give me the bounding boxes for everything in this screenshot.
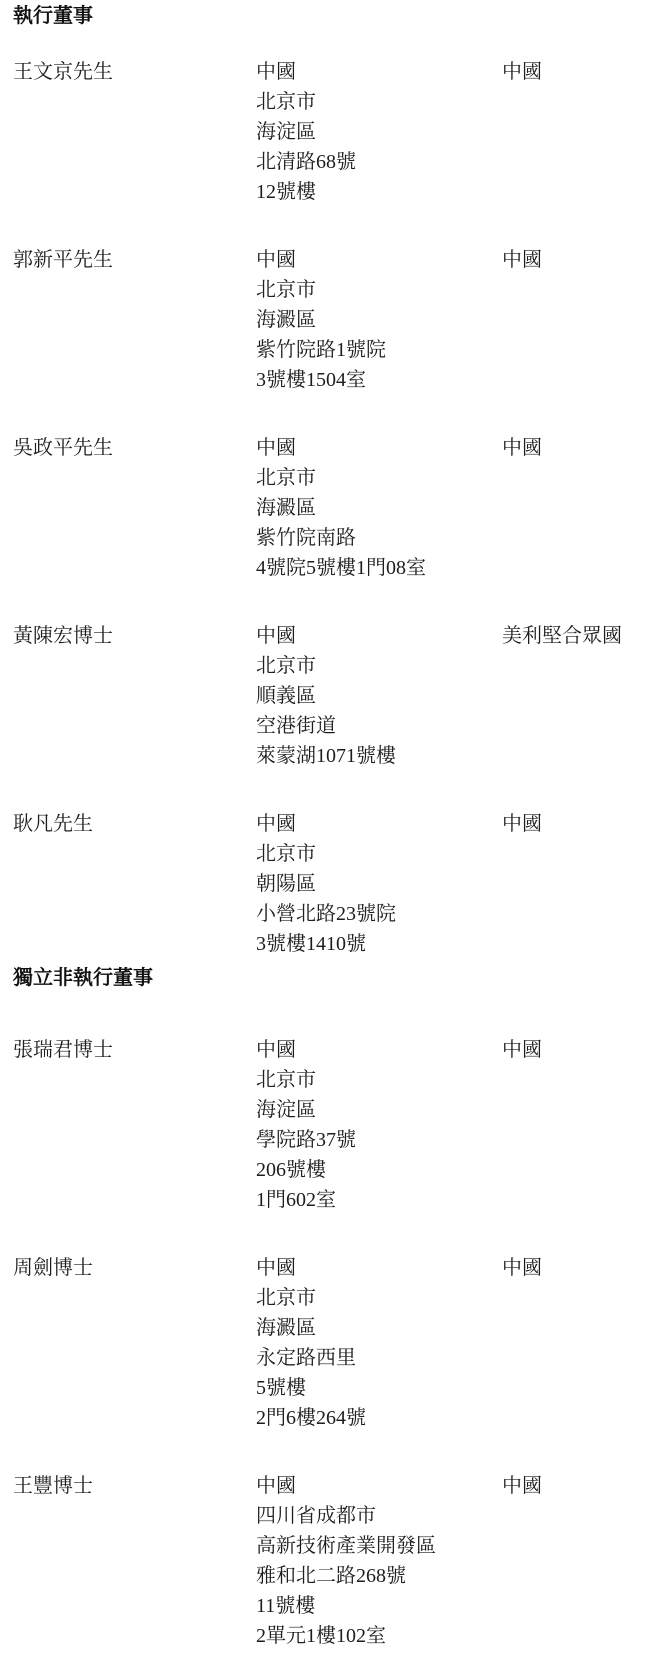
director-nationality: 中國	[502, 1035, 650, 1065]
director-nationality: 中國	[502, 57, 650, 87]
address-line: 中國	[256, 1035, 502, 1065]
director-row: 吳政平先生 中國北京市海澱區紫竹院南路4號院5號樓1門08室 中國	[13, 433, 650, 583]
address-line: 朝陽區	[256, 869, 502, 899]
director-address: 中國北京市海澱區紫竹院南路4號院5號樓1門08室	[256, 433, 502, 583]
address-line: 12號樓	[256, 177, 502, 207]
address-line: 北京市	[256, 1065, 502, 1095]
director-nationality: 中國	[502, 809, 650, 839]
address-line: 2門6樓264號	[256, 1403, 502, 1433]
address-line: 3號樓1410號	[256, 929, 502, 959]
address-line: 北京市	[256, 463, 502, 493]
director-row: 周劍博士 中國北京市海澱區永定路西里5號樓2門6樓264號 中國	[13, 1253, 650, 1433]
address-line: 北京市	[256, 275, 502, 305]
address-line: 海淀區	[256, 117, 502, 147]
section-executive-directors: 執行董事 王文京先生 中國北京市海淀區北清路68號12號樓 中國 郭新平先生 中…	[13, 4, 650, 959]
director-name: 吳政平先生	[13, 433, 256, 463]
director-address: 中國北京市朝陽區小營北路23號院3號樓1410號	[256, 809, 502, 959]
independent-non-executive-directors-list: 張瑞君博士 中國北京市海淀區學院路37號206號樓1門602室 中國 周劍博士 …	[13, 1035, 650, 1651]
address-line: 海澱區	[256, 493, 502, 523]
address-line: 北京市	[256, 1283, 502, 1313]
address-line: 雅和北二路268號	[256, 1561, 502, 1591]
address-line: 小營北路23號院	[256, 899, 502, 929]
director-row: 王文京先生 中國北京市海淀區北清路68號12號樓 中國	[13, 57, 650, 207]
director-row: 王豐博士 中國四川省成都市高新技術產業開發區雅和北二路268號11號樓2單元1樓…	[13, 1471, 650, 1651]
director-name: 郭新平先生	[13, 245, 256, 275]
director-address: 中國四川省成都市高新技術產業開發區雅和北二路268號11號樓2單元1樓102室	[256, 1471, 502, 1651]
director-row: 耿凡先生 中國北京市朝陽區小營北路23號院3號樓1410號 中國	[13, 809, 650, 959]
address-line: 中國	[256, 245, 502, 275]
address-line: 2單元1樓102室	[256, 1621, 502, 1651]
director-address: 中國北京市海澱區永定路西里5號樓2門6樓264號	[256, 1253, 502, 1433]
address-line: 4號院5號樓1門08室	[256, 553, 502, 583]
director-address: 中國北京市順義區空港街道萊蒙湖1071號樓	[256, 621, 502, 771]
address-line: 永定路西里	[256, 1343, 502, 1373]
director-address: 中國北京市海淀區北清路68號12號樓	[256, 57, 502, 207]
address-line: 海淀區	[256, 1095, 502, 1125]
address-line: 順義區	[256, 681, 502, 711]
address-line: 中國	[256, 1471, 502, 1501]
independent-non-executive-directors-heading: 獨立非執行董事	[13, 966, 650, 990]
address-line: 北清路68號	[256, 147, 502, 177]
address-line: 學院路37號	[256, 1125, 502, 1155]
address-line: 北京市	[256, 651, 502, 681]
director-row: 黃陳宏博士 中國北京市順義區空港街道萊蒙湖1071號樓 美利堅合眾國	[13, 621, 650, 771]
address-line: 四川省成都市	[256, 1501, 502, 1531]
director-name: 王豐博士	[13, 1471, 256, 1501]
director-address: 中國北京市海淀區學院路37號206號樓1門602室	[256, 1035, 502, 1215]
director-row: 張瑞君博士 中國北京市海淀區學院路37號206號樓1門602室 中國	[13, 1035, 650, 1215]
address-line: 1門602室	[256, 1185, 502, 1215]
director-row: 郭新平先生 中國北京市海澱區紫竹院路1號院3號樓1504室 中國	[13, 245, 650, 395]
director-name: 張瑞君博士	[13, 1035, 256, 1065]
address-line: 高新技術產業開發區	[256, 1531, 502, 1561]
address-line: 空港街道	[256, 711, 502, 741]
address-line: 中國	[256, 1253, 502, 1283]
director-nationality: 中國	[502, 1253, 650, 1283]
address-line: 北京市	[256, 839, 502, 869]
address-line: 3號樓1504室	[256, 365, 502, 395]
address-line: 北京市	[256, 87, 502, 117]
directors-document-page: 執行董事 王文京先生 中國北京市海淀區北清路68號12號樓 中國 郭新平先生 中…	[0, 4, 660, 1658]
director-name: 周劍博士	[13, 1253, 256, 1283]
executive-directors-heading: 執行董事	[13, 4, 650, 28]
address-line: 206號樓	[256, 1155, 502, 1185]
address-line: 中國	[256, 621, 502, 651]
address-line: 紫竹院南路	[256, 523, 502, 553]
section-independent-non-executive-directors: 獨立非執行董事 張瑞君博士 中國北京市海淀區學院路37號206號樓1門602室 …	[13, 966, 650, 1651]
director-name: 王文京先生	[13, 57, 256, 87]
address-line: 海澱區	[256, 1313, 502, 1343]
director-address: 中國北京市海澱區紫竹院路1號院3號樓1504室	[256, 245, 502, 395]
address-line: 5號樓	[256, 1373, 502, 1403]
director-name: 耿凡先生	[13, 809, 256, 839]
address-line: 中國	[256, 57, 502, 87]
address-line: 紫竹院路1號院	[256, 335, 502, 365]
address-line: 11號樓	[256, 1591, 502, 1621]
director-nationality: 中國	[502, 433, 650, 463]
director-nationality: 中國	[502, 245, 650, 275]
executive-directors-list: 王文京先生 中國北京市海淀區北清路68號12號樓 中國 郭新平先生 中國北京市海…	[13, 57, 650, 959]
address-line: 海澱區	[256, 305, 502, 335]
address-line: 中國	[256, 809, 502, 839]
address-line: 萊蒙湖1071號樓	[256, 741, 502, 771]
director-nationality: 美利堅合眾國	[502, 621, 650, 651]
director-name: 黃陳宏博士	[13, 621, 256, 651]
address-line: 中國	[256, 433, 502, 463]
director-nationality: 中國	[502, 1471, 650, 1501]
